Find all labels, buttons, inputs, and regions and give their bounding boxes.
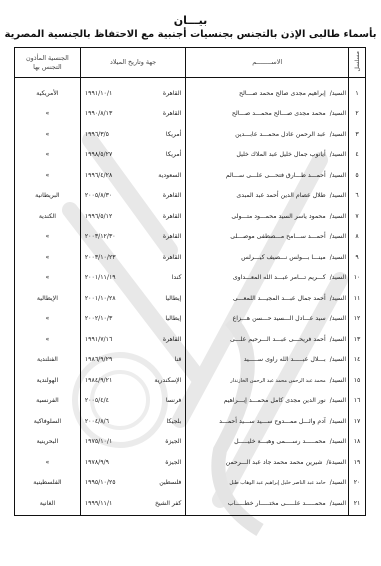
name-prefix: السيد/	[330, 213, 346, 220]
row-name: السيد/سيد عـــادل الـــسيد حـــسن هـــزا…	[186, 309, 349, 330]
row-name: السيد/أحمد فريحـــى عبـــد الـــرحيم علـ…	[186, 329, 349, 350]
row-nationality: الكندية	[15, 206, 81, 227]
birth-date: ٢٠٠١/١٠/٢٨	[85, 295, 116, 302]
row-place-date: كندا٢٠٠١/١١/١٩	[80, 268, 186, 289]
birth-place: أمريكا	[166, 131, 181, 138]
table-row: ١٥السيد/محمد عبد الرحمن محمد عبد الرحمن …	[15, 370, 366, 391]
birth-place: القاهرة	[163, 254, 182, 261]
full-name: محمد عبد الرحمن محمد عبد الرحمن الخازندا…	[230, 378, 325, 384]
full-name: عبد الرحمن عادل محمـــد عابـــدين	[235, 131, 326, 138]
full-name: شيرين محمد محمد جاد عبد الـــرحمن	[226, 459, 323, 466]
row-place-date: فرنسا٢٠٠٥/٤/٤	[80, 391, 186, 412]
birth-date: ٢٠٠٢/١٠/٣	[85, 315, 112, 322]
name-prefix: السيدة/	[326, 459, 346, 466]
table-row: ١٦السيد/نور الدين مجدى كامل محمـــد إبــ…	[15, 391, 366, 412]
row-nationality: الفنلندية	[15, 350, 81, 371]
table-row: ٢٠السيد/حامد عبد الناصر خليل إبراهيم عبد…	[15, 473, 366, 494]
row-nationality: البريطانية	[15, 186, 81, 207]
row-name: السيد/محمـــــد علـــــى مختـــــار خطــ…	[186, 493, 349, 515]
birth-place: القاهرة	[163, 233, 182, 240]
row-name: السيد/طلال عصام الدين أحمد عبد المبدى	[186, 186, 349, 207]
name-prefix: السيد/	[330, 172, 346, 179]
row-serial: ١٠	[349, 268, 366, 289]
row-place-date: الجيزة١٩٧٨/٩/٩	[80, 452, 186, 473]
table-row: ١٩السيدة/شيرين محمد محمد جاد عبد الـــرح…	[15, 452, 366, 473]
birth-date: ١٩٧٨/٩/٩	[85, 459, 109, 466]
row-place-date: بلجيكا٢٠٠٤/٨/٦	[80, 411, 186, 432]
row-name: السيد/محمد مجدى صـــالح محمـــد صـــالح	[186, 104, 349, 125]
row-place-date: القاهرة٢٠٠٥/٨/٣٠	[80, 186, 186, 207]
birth-date: ١٩٩٥/١٠/٢٥	[85, 479, 116, 486]
table-row: ١٠السيد/كـــريم تـــامر عبـــد الله المع…	[15, 268, 366, 289]
name-prefix: السيد/	[330, 438, 346, 445]
row-serial: ٧	[349, 206, 366, 227]
row-name: السيد/كـــريم تـــامر عبـــد الله المعــ…	[186, 268, 349, 289]
birth-date: ١٩٩٦/٤/٢٨	[85, 172, 112, 179]
birth-place: كفر الشيخ	[155, 500, 181, 507]
name-prefix: السيد/	[330, 418, 346, 425]
row-place-date: القاهرة١٩٩١/٧/١٦	[80, 329, 186, 350]
birth-date: ١٩٩٨/٥/٢٧	[85, 151, 112, 158]
row-serial: ١٧	[349, 411, 366, 432]
name-prefix: السيد/	[330, 110, 346, 117]
birth-place: إيطاليا	[165, 295, 181, 302]
full-name: مينـــا بـــولس نـــصيف كيـــرلس	[241, 254, 326, 261]
birth-place: القاهرة	[163, 336, 182, 343]
row-place-date: قنا١٩٨٦/٩/٢٩	[80, 350, 186, 371]
row-nationality: الفلسطينية	[15, 473, 81, 494]
row-serial: ٣	[349, 124, 366, 145]
row-name: السيد/محمود ياسر السيد محمـــود متـــولى	[186, 206, 349, 227]
birth-date: ٢٠٠٣/١٠/٢٣	[85, 254, 116, 261]
row-serial: ٢٠	[349, 473, 366, 494]
full-name: أيانوب جمال خليل عبد الملاك خليل	[236, 151, 325, 158]
document-subtitle: بأسماء طالبى الإذن بالتجنس بجنسيات أجنبي…	[0, 29, 381, 41]
birth-date: ١٩٩٦/٥/١٢	[85, 213, 112, 220]
birth-date: ٢٠٠٣/١٢/٣٠	[85, 233, 116, 240]
full-name: آدم وائـــل ممـــدوح ســـيد ســـيد أحمــ…	[219, 418, 326, 425]
row-place-date: القاهرة١٩٩٦/٥/١٢	[80, 206, 186, 227]
row-nationality: الفرنسية	[15, 391, 81, 412]
row-place-date: السعودية١٩٩٦/٤/٢٨	[80, 165, 186, 186]
document-title: بيـــان	[0, 15, 381, 27]
birth-place: الجيزة	[165, 438, 181, 445]
row-serial: ٦	[349, 186, 366, 207]
row-name: السيد/محمد عبد الرحمن محمد عبد الرحمن ال…	[186, 370, 349, 391]
row-nationality: الهولندية	[15, 370, 81, 391]
row-place-date: القاهرة٢٠٠٣/١٠/٢٣	[80, 247, 186, 268]
applicants-table: مسلسل الاســــــــم جهة وتاريخ الميلاد ا…	[14, 47, 366, 516]
name-prefix: السيد/	[330, 274, 346, 281]
table-row: ١٤السيد/بـــلال عبـــــد الله راوى ســــ…	[15, 350, 366, 371]
table-row: ٧السيد/محمود ياسر السيد محمـــود متـــول…	[15, 206, 366, 227]
name-prefix: السيد/	[330, 479, 346, 486]
row-nationality: »	[15, 124, 81, 145]
row-place-date: الجيزة١٩٧٥/١٠/١	[80, 432, 186, 453]
birth-date: ١٩٨٤/٩/٢١	[85, 377, 112, 384]
full-name: حامد عبد الناصر خليل إبراهيم عبد الوهاب …	[229, 480, 325, 486]
birth-date: ١٩٧٥/١٠/١	[85, 438, 112, 445]
row-place-date: إيطاليا٢٠٠١/١٠/٢٨	[80, 288, 186, 309]
row-nationality: البحرينية	[15, 432, 81, 453]
birth-place: السعودية	[158, 172, 181, 179]
birth-place: القاهرة	[163, 213, 182, 220]
header-nationality-line1: الجنسية المأذون	[17, 54, 78, 63]
birth-date: ٢٠٠٥/٤/٤	[85, 397, 109, 404]
row-name: السيد/عبد الرحمن عادل محمـــد عابـــدين	[186, 124, 349, 145]
row-nationality: »	[15, 247, 81, 268]
birth-date: ١٩٨٦/٩/٢٩	[85, 356, 112, 363]
birth-place: الإسكندرية	[154, 377, 181, 384]
row-nationality: »	[15, 452, 81, 473]
full-name: أحمـــد طـــارق فتحـــى علـــى ســـالم	[226, 172, 326, 179]
row-serial: ٩	[349, 247, 366, 268]
table-row: ١٢السيد/سيد عـــادل الـــسيد حـــسن هـــ…	[15, 309, 366, 330]
row-nationality: »	[15, 227, 81, 248]
row-serial: ٥	[349, 165, 366, 186]
table-row: ٦السيد/طلال عصام الدين أحمد عبد المبدىال…	[15, 186, 366, 207]
full-name: بـــلال عبـــــد الله راوى ســـــيد	[244, 356, 326, 363]
row-serial: ١١	[349, 288, 366, 309]
row-serial: ٢١	[349, 493, 366, 515]
row-nationality: »	[15, 329, 81, 350]
birth-place: فرنسا	[166, 397, 182, 404]
row-serial: ١٢	[349, 309, 366, 330]
row-nationality: »	[15, 309, 81, 330]
table-header-row: مسلسل الاســــــــم جهة وتاريخ الميلاد ا…	[15, 48, 366, 78]
name-prefix: السيد/	[330, 315, 346, 322]
name-prefix: السيد/	[330, 500, 346, 507]
birth-date: ٢٠٠٤/٨/٦	[85, 418, 109, 425]
header-nationality: الجنسية المأذون التجنس بها	[15, 48, 81, 78]
row-place-date: القاهرة١٩٩٠/٨/١٣	[80, 104, 186, 125]
row-place-date: أمريكا١٩٩٦/٣/٥	[80, 124, 186, 145]
row-name: السيد/إبراهيم مجدى صالح محمد صـــالح	[186, 78, 349, 104]
birth-place: القاهرة	[163, 110, 182, 117]
full-name: محمود ياسر السيد محمـــود متـــولى	[231, 213, 325, 220]
row-serial: ١٣	[349, 329, 366, 350]
full-name: أحمـــد ســـامح مـــصطفى موصـــلى	[230, 233, 325, 240]
birth-date: ٢٠٠٥/٨/٣٠	[85, 192, 112, 199]
row-place-date: أمريكا١٩٩٨/٥/٢٧	[80, 145, 186, 166]
full-name: محمد مجدى صـــالح محمـــد صـــالح	[232, 110, 326, 117]
full-name: طلال عصام الدين أحمد عبد المبدى	[236, 192, 325, 199]
birth-place: فلسطين	[159, 479, 181, 486]
row-place-date: إيطاليا٢٠٠٢/١٠/٣	[80, 309, 186, 330]
row-nationality: »	[15, 104, 81, 125]
row-nationality: »	[15, 165, 81, 186]
birth-place: قنا	[175, 356, 182, 363]
row-serial: ١	[349, 78, 366, 104]
birth-date: ١٩٩٩/١١/١	[85, 500, 112, 507]
row-serial: ٢	[349, 104, 366, 125]
birth-place: الجيزة	[165, 459, 181, 466]
row-serial: ١٦	[349, 391, 366, 412]
row-name: السيد/نور الدين مجدى كامل محمـــد إبـــر…	[186, 391, 349, 412]
row-nationality: »	[15, 268, 81, 289]
row-serial: ١٥	[349, 370, 366, 391]
row-place-date: الإسكندرية١٩٨٤/٩/٢١	[80, 370, 186, 391]
table-row: ٨السيد/أحمـــد ســـامح مـــصطفى موصـــلى…	[15, 227, 366, 248]
name-prefix: السيد/	[330, 377, 346, 384]
row-serial: ٤	[349, 145, 366, 166]
row-nationality: الإيطالية	[15, 288, 81, 309]
name-prefix: السيد/	[330, 295, 346, 302]
row-serial: ١٨	[349, 432, 366, 453]
row-nationality: »	[15, 145, 81, 166]
birth-place: إيطاليا	[165, 315, 181, 322]
table-row: ٢السيد/محمد مجدى صـــالح محمـــد صـــالح…	[15, 104, 366, 125]
birth-date: ١٩٩١/١٠/١	[85, 90, 112, 97]
name-prefix: السيد/	[330, 90, 346, 97]
header-serial: مسلسل	[349, 48, 366, 78]
row-name: السيدة/شيرين محمد محمد جاد عبد الـــرحمن	[186, 452, 349, 473]
table-row: ٤السيد/أيانوب جمال خليل عبد الملاك خليلأ…	[15, 145, 366, 166]
row-serial: ١٤	[349, 350, 366, 371]
row-serial: ١٩	[349, 452, 366, 473]
row-name: السيد/محمـــــد رســــمى وهبـــة خليــــ…	[186, 432, 349, 453]
row-nationality: الغانية	[15, 493, 81, 515]
row-nationality: الأمريكية	[15, 78, 81, 104]
row-name: السيد/حامد عبد الناصر خليل إبراهيم عبد ا…	[186, 473, 349, 494]
row-nationality: السلوفاكية	[15, 411, 81, 432]
table-row: ١١السيد/أحمد جمال عبـــد المجيـــد اللمع…	[15, 288, 366, 309]
birth-place: كندا	[172, 274, 182, 281]
row-name: السيد/بـــلال عبـــــد الله راوى ســـــي…	[186, 350, 349, 371]
row-name: السيد/أحمـــد طـــارق فتحـــى علـــى ســ…	[186, 165, 349, 186]
full-name: محمـــــد رســــمى وهبـــة خليـــــل	[234, 438, 326, 445]
full-name: أحمد جمال عبـــد المجيـــد اللمعـــى	[233, 295, 326, 302]
row-place-date: القاهرة١٩٩١/١٠/١	[80, 78, 186, 104]
birth-place: القاهرة	[163, 90, 182, 97]
birth-date: ١٩٩٠/٨/١٣	[85, 110, 112, 117]
row-name: السيد/آدم وائـــل ممـــدوح ســـيد ســـيد…	[186, 411, 349, 432]
birth-place: بلجيكا	[166, 418, 181, 425]
birth-date: ٢٠٠١/١١/١٩	[85, 274, 116, 281]
header-place-date: جهة وتاريخ الميلاد	[80, 48, 186, 78]
row-serial: ٨	[349, 227, 366, 248]
name-prefix: السيد/	[330, 336, 346, 343]
table-row: ٩السيد/مينـــا بـــولس نـــصيف كيـــرلسا…	[15, 247, 366, 268]
header-name: الاســــــــم	[186, 48, 349, 78]
birth-date: ١٩٩٦/٣/٥	[85, 131, 109, 138]
full-name: نور الدين مجدى كامل محمـــد إبـــراهيم	[224, 397, 326, 404]
row-place-date: كفر الشيخ١٩٩٩/١١/١	[80, 493, 186, 515]
table-row: ١٣السيد/أحمد فريحـــى عبـــد الـــرحيم ع…	[15, 329, 366, 350]
table-row: ٣السيد/عبد الرحمن عادل محمـــد عابـــدين…	[15, 124, 366, 145]
name-prefix: السيد/	[330, 356, 346, 363]
table-row: ١٨السيد/محمـــــد رســــمى وهبـــة خليــ…	[15, 432, 366, 453]
full-name: كـــريم تـــامر عبـــد الله المعـــداوى	[233, 274, 326, 281]
name-prefix: السيد/	[330, 151, 346, 158]
name-prefix: السيد/	[330, 192, 346, 199]
header-nationality-line2: التجنس بها	[17, 63, 78, 72]
row-place-date: القاهرة٢٠٠٣/١٢/٣٠	[80, 227, 186, 248]
name-prefix: السيد/	[330, 131, 346, 138]
birth-date: ١٩٩١/٧/١٦	[85, 336, 112, 343]
table-row: ٢١السيد/محمـــــد علـــــى مختـــــار خط…	[15, 493, 366, 515]
name-prefix: السيد/	[330, 397, 346, 404]
row-name: السيد/أحمد جمال عبـــد المجيـــد اللمعــ…	[186, 288, 349, 309]
full-name: محمـــــد علـــــى مختـــــار خطـــــاب	[228, 500, 326, 507]
name-prefix: السيد/	[330, 254, 346, 261]
table-row: ١٧السيد/آدم وائـــل ممـــدوح ســـيد ســـ…	[15, 411, 366, 432]
name-prefix: السيد/	[330, 233, 346, 240]
row-place-date: فلسطين١٩٩٥/١٠/٢٥	[80, 473, 186, 494]
full-name: أحمد فريحـــى عبـــد الـــرحيم علـــى	[230, 336, 326, 343]
row-name: السيد/أيانوب جمال خليل عبد الملاك خليل	[186, 145, 349, 166]
birth-place: القاهرة	[163, 192, 182, 199]
row-name: السيد/أحمـــد ســـامح مـــصطفى موصـــلى	[186, 227, 349, 248]
row-name: السيد/مينـــا بـــولس نـــصيف كيـــرلس	[186, 247, 349, 268]
full-name: سيد عـــادل الـــسيد حـــسن هـــزاع	[233, 315, 326, 322]
birth-place: أمريكا	[166, 151, 181, 158]
table-row: ١السيد/إبراهيم مجدى صالح محمد صـــالحالق…	[15, 78, 366, 104]
full-name: إبراهيم مجدى صالح محمد صـــالح	[239, 90, 326, 97]
table-row: ٥السيد/أحمـــد طـــارق فتحـــى علـــى سـ…	[15, 165, 366, 186]
